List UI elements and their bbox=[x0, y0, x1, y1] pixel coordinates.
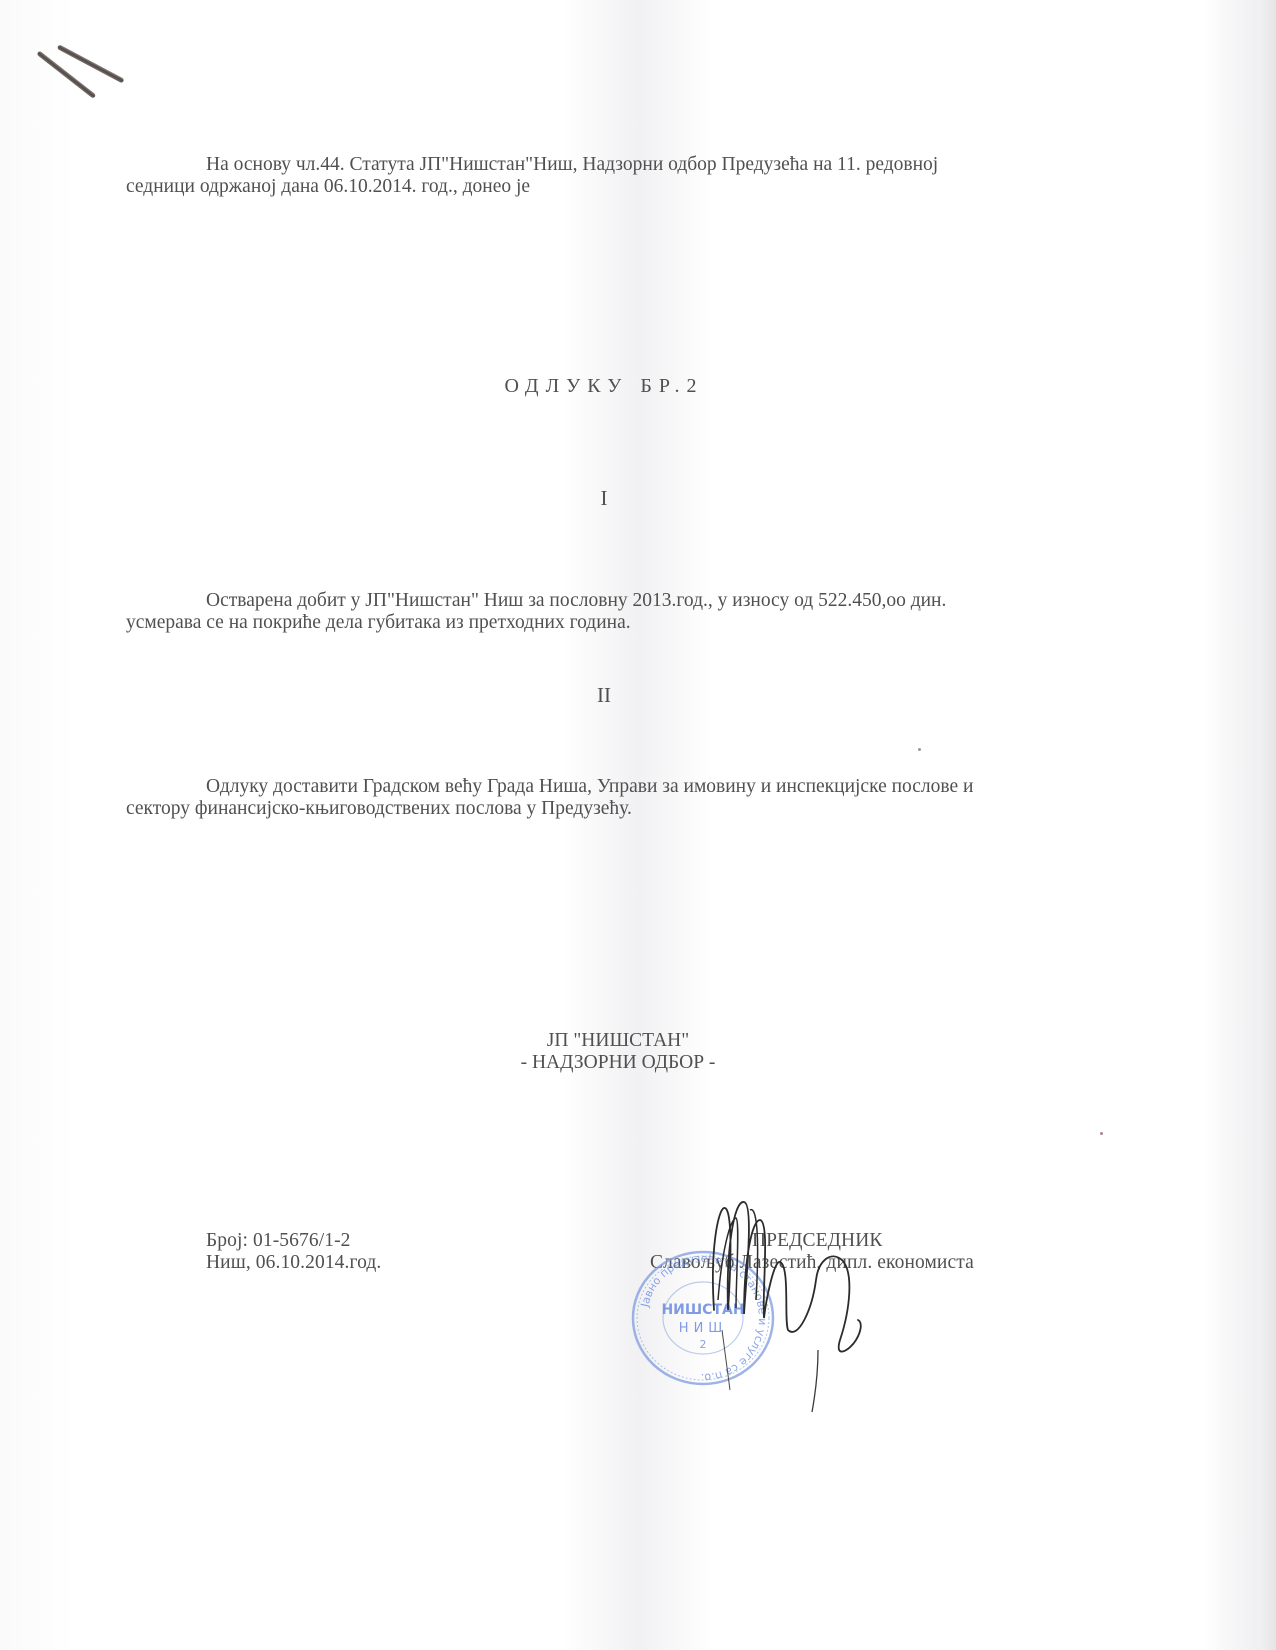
section-numeral-2: II bbox=[0, 683, 1242, 708]
section-2-line-1: Одлуку доставити Градском већу Града Ниш… bbox=[206, 776, 973, 797]
scanned-page bbox=[0, 0, 1276, 1650]
scan-speck bbox=[918, 608, 921, 611]
preamble-line-2: седници одржаној дана 06.10.2014. год., … bbox=[126, 176, 530, 197]
place-date: Ниш, 06.10.2014.год. bbox=[206, 1252, 381, 1274]
scan-speck bbox=[1100, 1132, 1103, 1135]
section-2-line-2: сектору финансијско-књиговодствених посл… bbox=[126, 798, 632, 819]
section-1-text: Остварена добит у ЈП"Нишстан" Ниш за пос… bbox=[126, 590, 1094, 634]
section-numeral-1: I bbox=[0, 486, 1242, 511]
preamble: На основу чл.44. Статута ЈП"Нишстан"Ниш,… bbox=[126, 154, 1094, 198]
page-edge-shadow bbox=[1206, 0, 1276, 1650]
issuer-name: ЈП "НИШСТАН" bbox=[0, 1030, 1256, 1052]
scan-speck bbox=[918, 748, 921, 751]
issuer-body: - НАДЗОРНИ ОДБОР - bbox=[0, 1052, 1256, 1074]
reference-number: Број: 01-5676/1-2 bbox=[206, 1230, 351, 1252]
section-1-line-1: Остварена добит у ЈП"Нишстан" Ниш за пос… bbox=[206, 590, 946, 611]
section-1-line-2: усмерава се на покриће дела губитака из … bbox=[126, 612, 631, 633]
preamble-line-1: На основу чл.44. Статута ЈП"Нишстан"Ниш,… bbox=[206, 154, 938, 175]
section-2-text: Одлуку доставити Градском већу Града Ниш… bbox=[126, 776, 1094, 820]
handwritten-signature-icon bbox=[700, 1190, 900, 1420]
decision-title: ОДЛУКУ БР.2 bbox=[0, 375, 1242, 398]
issuer-block: ЈП "НИШСТАН" - НАДЗОРНИ ОДБОР - bbox=[0, 1030, 1256, 1074]
